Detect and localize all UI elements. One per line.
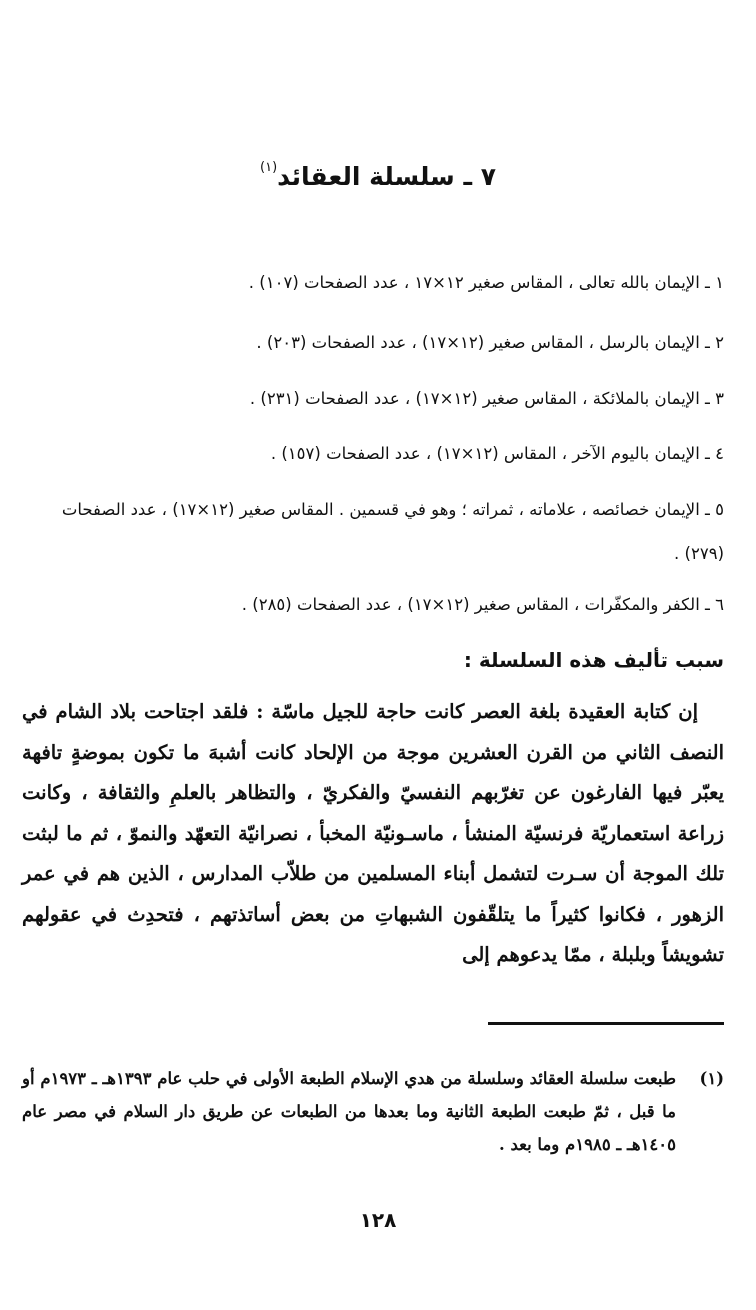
title-footnote-ref[interactable]: (١) [260,160,277,175]
series-item-5: ٥ ـ الإيمان خصائصه ، علاماته ، ثمراته ؛ … [24,488,724,576]
page-title: ٧ ـ سلسلة العقائد(١) [0,160,756,191]
title-text: ٧ ـ سلسلة العقائد [277,162,496,191]
page-number: ١٢٨ [0,1208,756,1232]
footnote-text: طبعت سلسلة العقائد وسلسلة من هدي الإسلام… [22,1062,676,1161]
footnote-separator [488,1022,724,1025]
footnote-marker: (١) [676,1062,724,1161]
series-item-4: ٤ ـ الإيمان باليوم الآخر ، المقاس (١٢×١٧… [271,444,724,464]
footnote: (١) طبعت سلسلة العقائد وسلسلة من هدي الإ… [22,1062,724,1161]
series-item-1: ١ ـ الإيمان بالله تعالى ، المقاس صغير ١٢… [249,273,724,293]
series-item-6: ٦ ـ الكفر والمكفّرات ، المقاس صغير (١٢×١… [242,595,724,615]
series-item-3: ٣ ـ الإيمان بالملائكة ، المقاس صغير (١٢×… [250,389,724,409]
body-paragraph: إن كتابة العقيدة بلغة العصر كانت حاجة لل… [22,692,724,976]
book-page: ٧ ـ سلسلة العقائد(١) ١ ـ الإيمان بالله ت… [0,0,756,1310]
body-paragraph-text: إن كتابة العقيدة بلغة العصر كانت حاجة لل… [22,700,724,966]
section-heading: سبب تأليف هذه السلسلة : [464,648,724,672]
series-item-2: ٢ ـ الإيمان بالرسل ، المقاس صغير (١٢×١٧)… [256,333,724,353]
